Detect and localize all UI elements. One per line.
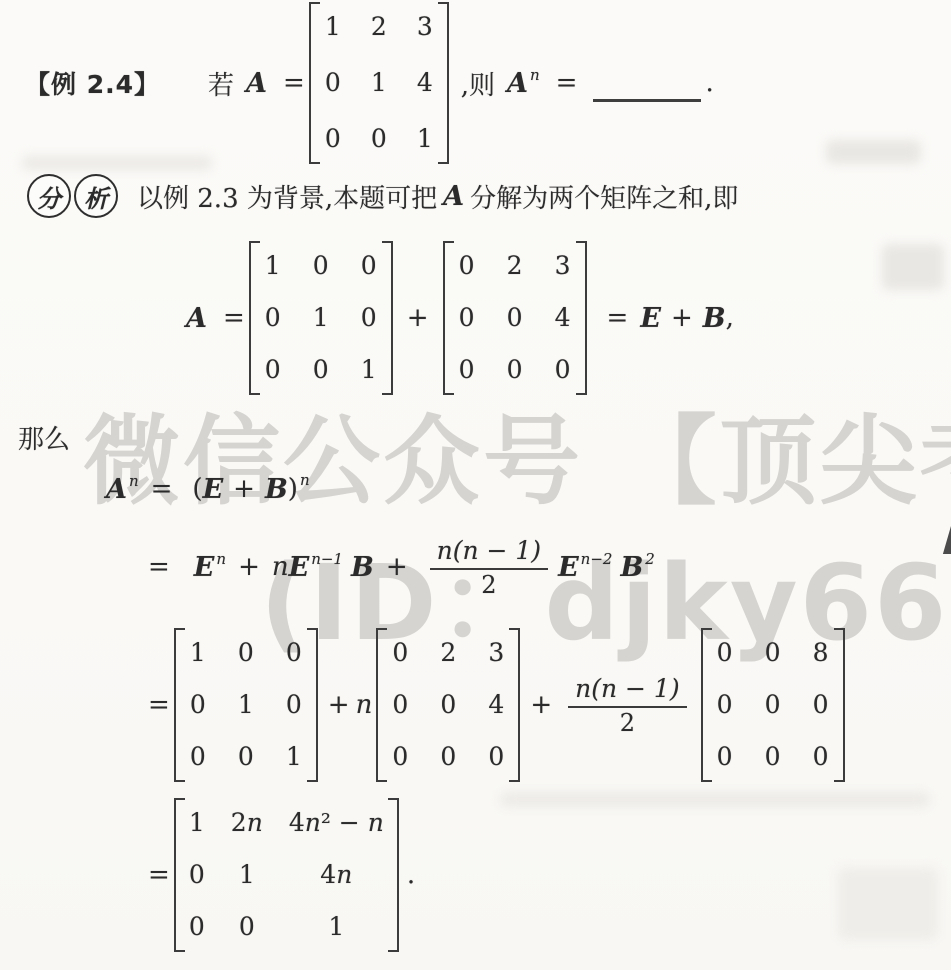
- matrix-cell: 0: [371, 123, 387, 155]
- identity-matrix: 100010001: [174, 628, 318, 782]
- exponent-n: n: [300, 471, 310, 489]
- matrix-cell: 1: [328, 911, 344, 943]
- matrix-cell: 3: [417, 11, 433, 43]
- matrix-cell: 0: [189, 859, 205, 891]
- matrix-cell: 0: [459, 302, 475, 334]
- matrix-cell: 0: [717, 741, 733, 773]
- matrix-cell: 0: [325, 123, 341, 155]
- var-E: E: [289, 552, 310, 583]
- matrix-cell: 0: [717, 689, 733, 721]
- var-E: E: [203, 474, 224, 505]
- matrix-cell: 0: [488, 741, 504, 773]
- matrix-cell: 1: [325, 11, 341, 43]
- var-A: A: [507, 68, 528, 99]
- matrix-cell: 0: [313, 250, 329, 282]
- analysis-line: 分 析 以例 2.3 为背景,本题可把 A 分解为两个矩阵之和,即: [27, 170, 738, 222]
- matrix-cell: 4: [555, 302, 571, 334]
- equals-sign: =: [556, 68, 578, 98]
- plus-sign: +: [530, 690, 552, 720]
- equals-sign: =: [607, 303, 629, 333]
- matrix-cell: 0: [555, 354, 571, 386]
- scan-artifact: [882, 244, 944, 290]
- right-paren: ): [288, 474, 298, 504]
- plus-sign: +: [233, 474, 255, 504]
- exponent-n: n: [216, 550, 226, 568]
- decomposition-equation: A = 100010001 + 023004000 = E + B ,: [186, 234, 734, 402]
- matrix-cell: 8: [813, 637, 829, 669]
- fraction-numerator: n(n − 1): [430, 537, 548, 571]
- derivation-line-3: = 100010001 + n 023004000 + n(n − 1) 2 0…: [148, 616, 849, 794]
- matrix-cell: 0: [265, 354, 281, 386]
- plus-sign: +: [238, 552, 260, 582]
- matrix-cell: 0: [361, 250, 377, 282]
- derivation-line-2: = En + n En−1 B + n(n − 1) 2 En−2 B2: [148, 522, 655, 612]
- matrix-cell: 1: [265, 250, 281, 282]
- E-power-n: En: [194, 552, 226, 583]
- var-E: E: [194, 552, 215, 583]
- matrix-cell: 1: [361, 354, 377, 386]
- badge-char-xi: 析: [74, 174, 118, 218]
- var-A: A: [246, 68, 267, 99]
- matrix-cell: 0: [313, 354, 329, 386]
- matrix-cell: 0: [459, 250, 475, 282]
- then-word: 那么: [18, 420, 70, 454]
- var-E: E: [640, 303, 661, 334]
- matrix-cell: 2n: [231, 807, 263, 839]
- matrix-B: 023004000: [376, 628, 520, 782]
- fraction-denominator: 2: [481, 570, 496, 597]
- matrix-cell: 0: [717, 637, 733, 669]
- fraction-numerator: n(n − 1): [568, 675, 686, 709]
- matrix-cell: 2: [507, 250, 523, 282]
- E-power-n-2: En−2: [558, 552, 612, 583]
- scan-artifact: [838, 868, 938, 940]
- matrix-cell: 0: [459, 354, 475, 386]
- text-then: 那么: [18, 419, 70, 456]
- scan-artifact: [500, 792, 930, 807]
- equals-sign: =: [223, 303, 245, 333]
- derivation-line-4: = 12n4n² − n014n001 .: [148, 794, 415, 956]
- period: .: [705, 68, 713, 98]
- matrix-cell: 0: [813, 689, 829, 721]
- equals-sign: =: [151, 474, 173, 504]
- matrix-cell: 4n² − n: [289, 807, 384, 839]
- var-B: B: [351, 552, 374, 583]
- var-B: B: [620, 552, 643, 583]
- matrix-cell: 0: [238, 637, 254, 669]
- text-then: ,则: [461, 65, 495, 102]
- matrix-cell: 0: [392, 741, 408, 773]
- var-B: B: [703, 303, 726, 334]
- matrix-cell: 1: [417, 123, 433, 155]
- matrix-cell: 0: [265, 302, 281, 334]
- matrix-cell: 0: [440, 689, 456, 721]
- matrix-cell: 2: [371, 11, 387, 43]
- matrix-cell: 0: [765, 689, 781, 721]
- exponent-n: n: [129, 472, 139, 490]
- matrix-cell: 4n: [320, 859, 352, 891]
- result-matrix: 12n4n² − n014n001: [174, 798, 399, 952]
- equals-sign: =: [148, 690, 170, 720]
- plus-sign: +: [386, 552, 408, 582]
- identity-matrix: 100010001: [249, 241, 393, 395]
- E-power-n-1: En−1: [289, 552, 343, 583]
- equals-sign: =: [283, 68, 305, 98]
- matrix-cell: 0: [392, 689, 408, 721]
- matrix-cell: 0: [361, 302, 377, 334]
- matrix-cell: 4: [417, 67, 433, 99]
- scan-artifact: [826, 140, 921, 164]
- matrix-cell: 0: [440, 741, 456, 773]
- analysis-text: 以例 2.3 为背景,本题可把: [137, 178, 437, 215]
- matrix-cell: 0: [813, 741, 829, 773]
- matrix-cell: 0: [239, 911, 255, 943]
- matrix-cell: 0: [286, 637, 302, 669]
- matrix-cell: 0: [189, 911, 205, 943]
- var-B: B: [265, 474, 288, 505]
- plus-sign: +: [671, 303, 693, 333]
- matrix-cell: 1: [238, 689, 254, 721]
- matrix-cell: 1: [239, 859, 255, 891]
- equals-sign: =: [148, 552, 170, 582]
- matrix-cell: 0: [238, 741, 254, 773]
- plus-sign: +: [407, 303, 429, 333]
- matrix-cell: 2: [440, 637, 456, 669]
- exponent-n-2: n−2: [581, 550, 613, 568]
- matrix-cell: 0: [507, 354, 523, 386]
- matrix-cell: 1: [190, 637, 206, 669]
- A-power-n: An: [507, 68, 540, 99]
- fraction-n-n-minus-1-over-2: n(n − 1) 2: [430, 537, 548, 598]
- fraction-n-n-minus-1-over-2: n(n − 1) 2: [568, 675, 686, 736]
- matrix-B: 023004000: [443, 241, 587, 395]
- text-if: 若: [208, 65, 234, 102]
- var-A: A: [106, 474, 127, 505]
- analysis-text: 分解为两个矩阵之和,即: [470, 178, 738, 215]
- matrix-cell: 0: [507, 302, 523, 334]
- matrix-A: 123014001: [309, 2, 449, 164]
- matrix-cell: 0: [190, 741, 206, 773]
- left-paren: (: [192, 474, 202, 504]
- matrix-cell: 1: [371, 67, 387, 99]
- B-squared: B2: [620, 552, 654, 583]
- exponent-2: 2: [645, 550, 655, 568]
- var-E: E: [558, 552, 579, 583]
- plus-sign: +: [328, 690, 350, 720]
- matrix-cell: 0: [765, 637, 781, 669]
- equals-sign: =: [148, 860, 170, 890]
- matrix-cell: 0: [286, 689, 302, 721]
- matrix-B-squared: 008000000: [701, 628, 845, 782]
- answer-blank: [593, 76, 701, 102]
- matrix-cell: 0: [190, 689, 206, 721]
- matrix-cell: 1: [313, 302, 329, 334]
- derivation-line-1: An = ( E + B )n: [106, 468, 310, 510]
- exponent-n: n: [530, 66, 540, 84]
- var-n: n: [272, 552, 289, 582]
- example-label: 【例 2.4】: [25, 65, 160, 101]
- matrix-cell: 0: [392, 637, 408, 669]
- matrix-cell: 1: [189, 807, 205, 839]
- comma: ,: [726, 303, 734, 333]
- A-power-n: An: [106, 474, 139, 505]
- matrix-cell: 0: [765, 741, 781, 773]
- badge-char-fen: 分: [27, 174, 71, 218]
- analysis-badge: 分 析: [27, 174, 121, 218]
- matrix-cell: 3: [555, 250, 571, 282]
- fraction-denominator: 2: [620, 708, 635, 735]
- textbook-page: 微信公众号 【顶尖考 (ID：djky66) 【例 2.4】 若 A = 123…: [0, 0, 951, 970]
- var-A: A: [186, 303, 207, 334]
- matrix-cell: 0: [325, 67, 341, 99]
- var-A: A: [443, 181, 464, 212]
- paren-power-n: )n: [288, 474, 310, 504]
- exponent-n-1: n−1: [311, 550, 343, 568]
- matrix-cell: 3: [488, 637, 504, 669]
- matrix-cell: 1: [286, 741, 302, 773]
- problem-statement: 【例 2.4】 若 A = 123014001 ,则 An = .: [25, 6, 714, 160]
- var-n: n: [356, 690, 373, 720]
- period: .: [407, 860, 415, 890]
- matrix-cell: 4: [488, 689, 504, 721]
